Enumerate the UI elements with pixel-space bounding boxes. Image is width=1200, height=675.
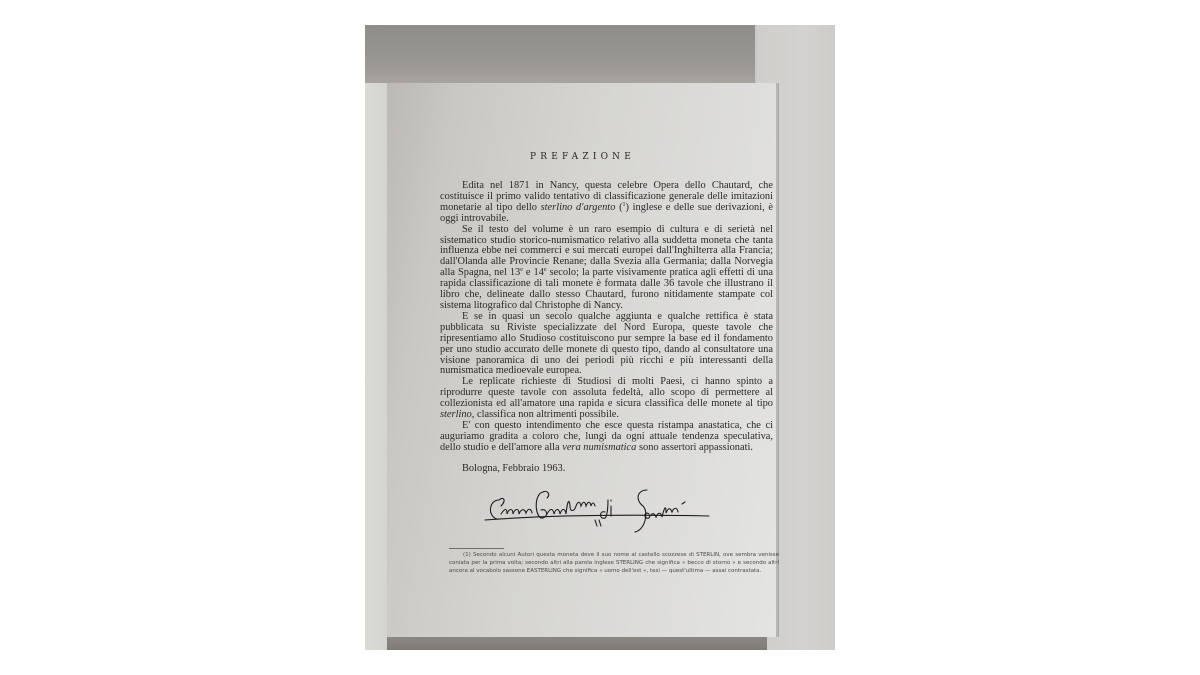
preface-body: Edita nel 1871 in Nancy, questa celebre … — [440, 181, 773, 454]
place-date: Bologna, Febbraio 1963. — [462, 463, 565, 474]
book-cover-edge — [365, 83, 387, 650]
book-photo: PREFAZIONE Edita nel 1871 in Nancy, ques… — [365, 25, 835, 650]
paragraph: Se il testo del volume è un raro esempio… — [440, 225, 773, 312]
book-page: PREFAZIONE Edita nel 1871 in Nancy, ques… — [387, 83, 778, 637]
footnote-text: (1) Secondo alcuni Autori questa moneta … — [449, 551, 779, 575]
signature: Cesare Gamberini di Scarfèa — [477, 486, 727, 536]
paragraph: E se in quasi un secolo qualche aggiunta… — [440, 312, 773, 377]
page-title: PREFAZIONE — [387, 152, 778, 162]
paragraph: Edita nel 1871 in Nancy, questa celebre … — [440, 181, 773, 225]
footnote: (1) Secondo alcuni Autori questa moneta … — [449, 551, 779, 575]
paragraph: Le replicate richieste di Studiosi di mo… — [440, 377, 773, 421]
top-shadow — [365, 25, 755, 83]
paragraph: E' con questo intendimento che esce ques… — [440, 421, 773, 454]
footnote-divider — [449, 548, 504, 549]
